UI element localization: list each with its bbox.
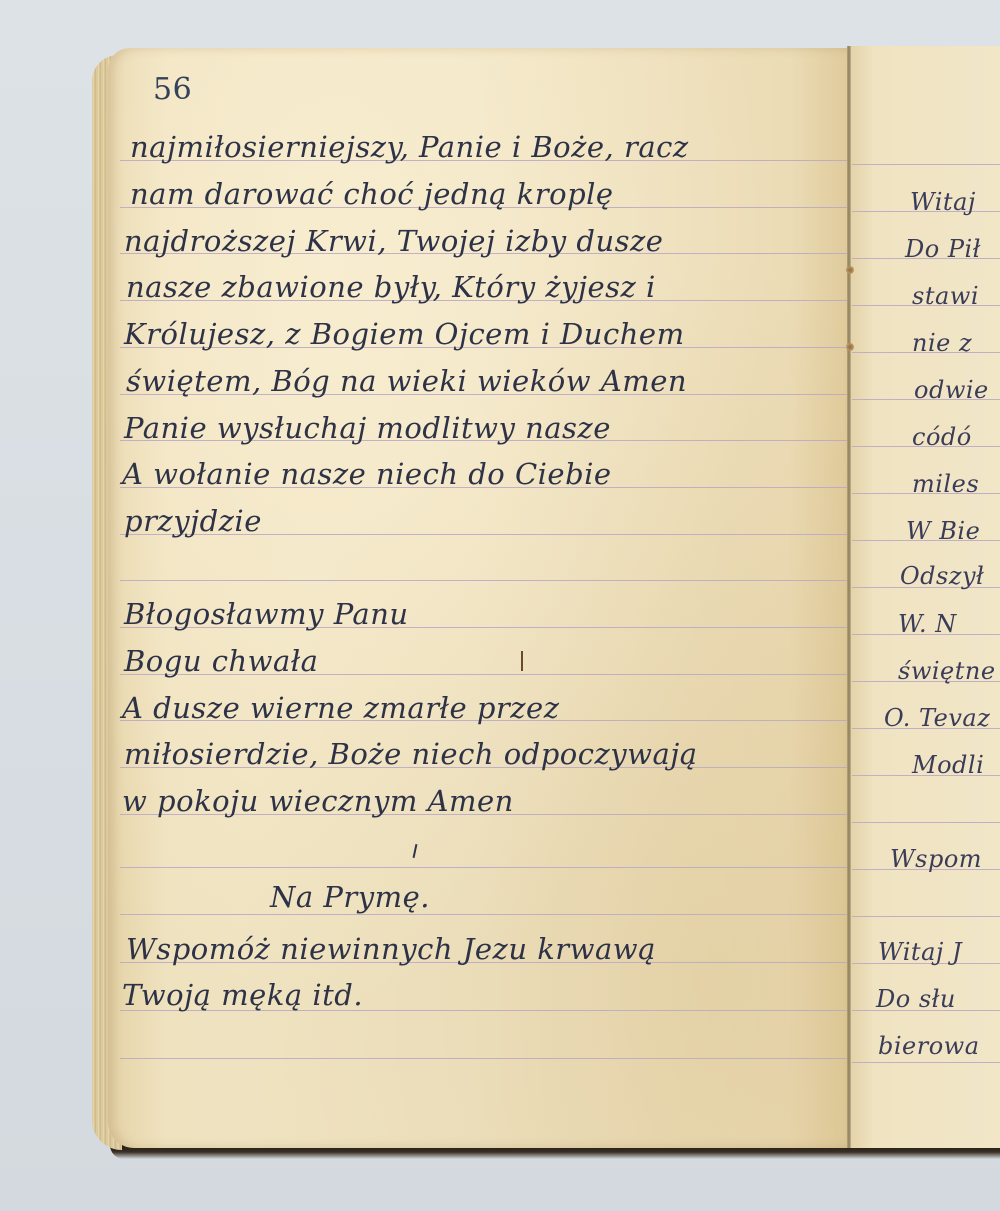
binding-stitch [846, 266, 854, 274]
right-text-line: bierowa [878, 1032, 980, 1060]
text-line: nasze zbawione były, Który żyjesz i [126, 270, 656, 304]
text-line: przyjdzie [124, 504, 262, 538]
right-text-line: stawi [912, 282, 979, 310]
ruling-line [852, 916, 1000, 917]
right-text-line: Wspom [890, 845, 982, 873]
text-line: Królujesz, z Bogiem Ojcem i Duchem [124, 317, 685, 351]
stray-mark [521, 651, 523, 671]
right-text-line: Witaj [910, 188, 976, 216]
right-text-line: O. Tevaz [884, 704, 990, 732]
right-text-line: Witaj J [878, 938, 962, 966]
text-line: nam darować choć jedną kroplę [130, 177, 614, 211]
text-line: A dusze wierne zmarłe przez [122, 691, 559, 725]
text-line: A wołanie nasze niech do Ciebie [122, 457, 612, 491]
right-text-line: miles [912, 470, 979, 498]
ruling-line [120, 867, 847, 868]
right-text-line: Odszył [900, 562, 984, 590]
text-line: Twoją męką itd. [122, 978, 363, 1012]
right-text-line: nie z [912, 329, 972, 357]
right-text-line: świętne [898, 657, 996, 685]
right-text-line: Do Pił [905, 235, 981, 263]
ruling-line [120, 1058, 847, 1059]
ruling-line [120, 914, 847, 915]
text-line: najmiłosierniejszy, Panie i Boże, racz [130, 130, 689, 164]
text-line: Panie wysłuchaj modlitwy nasze [124, 411, 611, 445]
right-text-line: W Bie [906, 517, 980, 545]
right-text-line: W. N [898, 610, 957, 638]
right-text-line: Do słu [876, 985, 956, 1013]
page-number: 56 [153, 72, 192, 107]
text-line: Wspomóż niewinnych Jezu krwawą [126, 932, 656, 966]
text-line: Bogu chwała [124, 644, 318, 678]
text-line: Błogosławmy Panu [124, 597, 409, 631]
ruling-line [852, 164, 1000, 165]
binding-gutter [847, 46, 851, 1148]
ruling-line [852, 1062, 1000, 1063]
text-line: świętem, Bóg na wieki wieków Amen [126, 364, 687, 398]
ruling-line [852, 822, 1000, 823]
right-text-line: odwie [914, 376, 989, 404]
ruling-line [120, 580, 847, 581]
right-text-line: Modli [912, 751, 984, 779]
right-text-line: códó [912, 423, 972, 451]
binding-stitch [846, 343, 854, 351]
text-line: miłosierdzie, Boże niech odpoczywają [124, 737, 698, 771]
text-line: w pokoju wiecznym Amen [122, 784, 514, 818]
section-heading: Na Prymę. [270, 880, 430, 914]
text-line: najdroższej Krwi, Twojej izby dusze [124, 224, 663, 258]
